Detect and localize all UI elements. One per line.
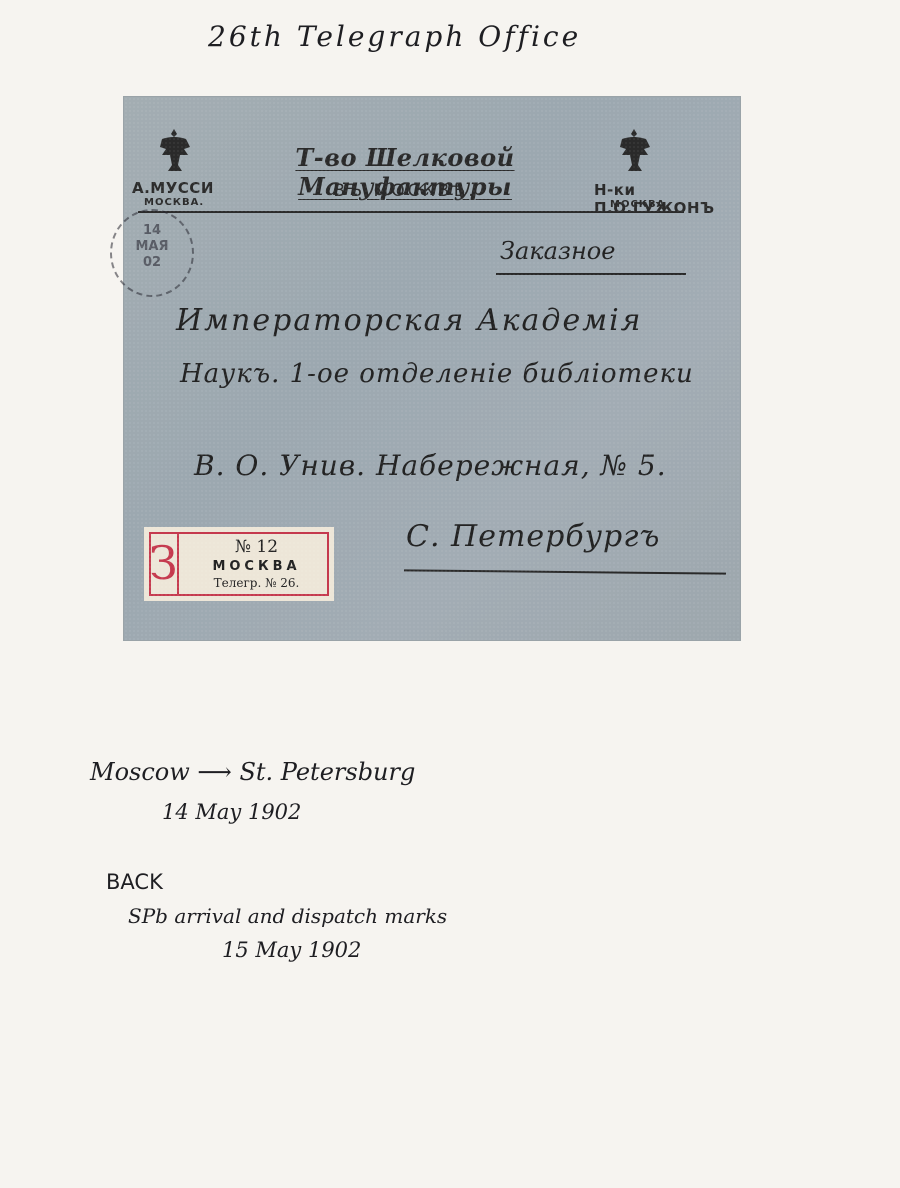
label-office: Телегр. № 26. — [184, 576, 329, 590]
address-line-2: Наукъ. 1-ое отделеніе библіотеки — [180, 359, 694, 389]
postmark-day: 14 — [112, 223, 192, 239]
envelope: А.МУССИ МОСКВА. Т-во Шелковой Мануфактур… — [124, 97, 740, 640]
note-back-heading: BACK — [106, 870, 163, 894]
header-divider — [138, 211, 684, 213]
left-firm-name: А.МУССИ — [132, 179, 214, 197]
postmark-year: 02 — [112, 255, 192, 271]
double-headed-eagle-icon — [154, 127, 194, 175]
note-route: Moscow ⟶ St. Petersburg — [90, 758, 415, 786]
company-city: ВЪ МОСКВѢ. — [240, 181, 570, 201]
registration-label: З № 12 МОСКВА Телегр. № 26. — [144, 527, 334, 601]
left-firm-city: МОСКВА. — [144, 197, 204, 208]
right-firm-city: МОСКВА. — [610, 199, 670, 210]
postmark-month: МАЯ — [112, 239, 192, 255]
address-line-3: В. О. Унив. Набережная, № 5. — [194, 449, 667, 482]
double-headed-eagle-icon — [614, 127, 654, 175]
note-date-received: 15 May 1902 — [222, 938, 361, 962]
registered-underline — [496, 273, 686, 275]
address-line-1: Императорская Академія — [176, 303, 643, 338]
note-date-sent: 14 May 1902 — [162, 800, 301, 824]
label-city: МОСКВА — [184, 559, 329, 574]
label-number: № 12 — [184, 537, 329, 557]
page-title: 26th Telegraph Office — [208, 20, 581, 53]
address-city: С. Петербургъ — [406, 519, 660, 554]
note-back-marks: SPb arrival and dispatch marks — [128, 904, 447, 928]
registered-mark: Заказное — [500, 237, 615, 265]
label-letter: З — [149, 532, 179, 596]
city-underline — [404, 569, 726, 574]
postmark: 14 МАЯ 02 — [110, 209, 194, 297]
